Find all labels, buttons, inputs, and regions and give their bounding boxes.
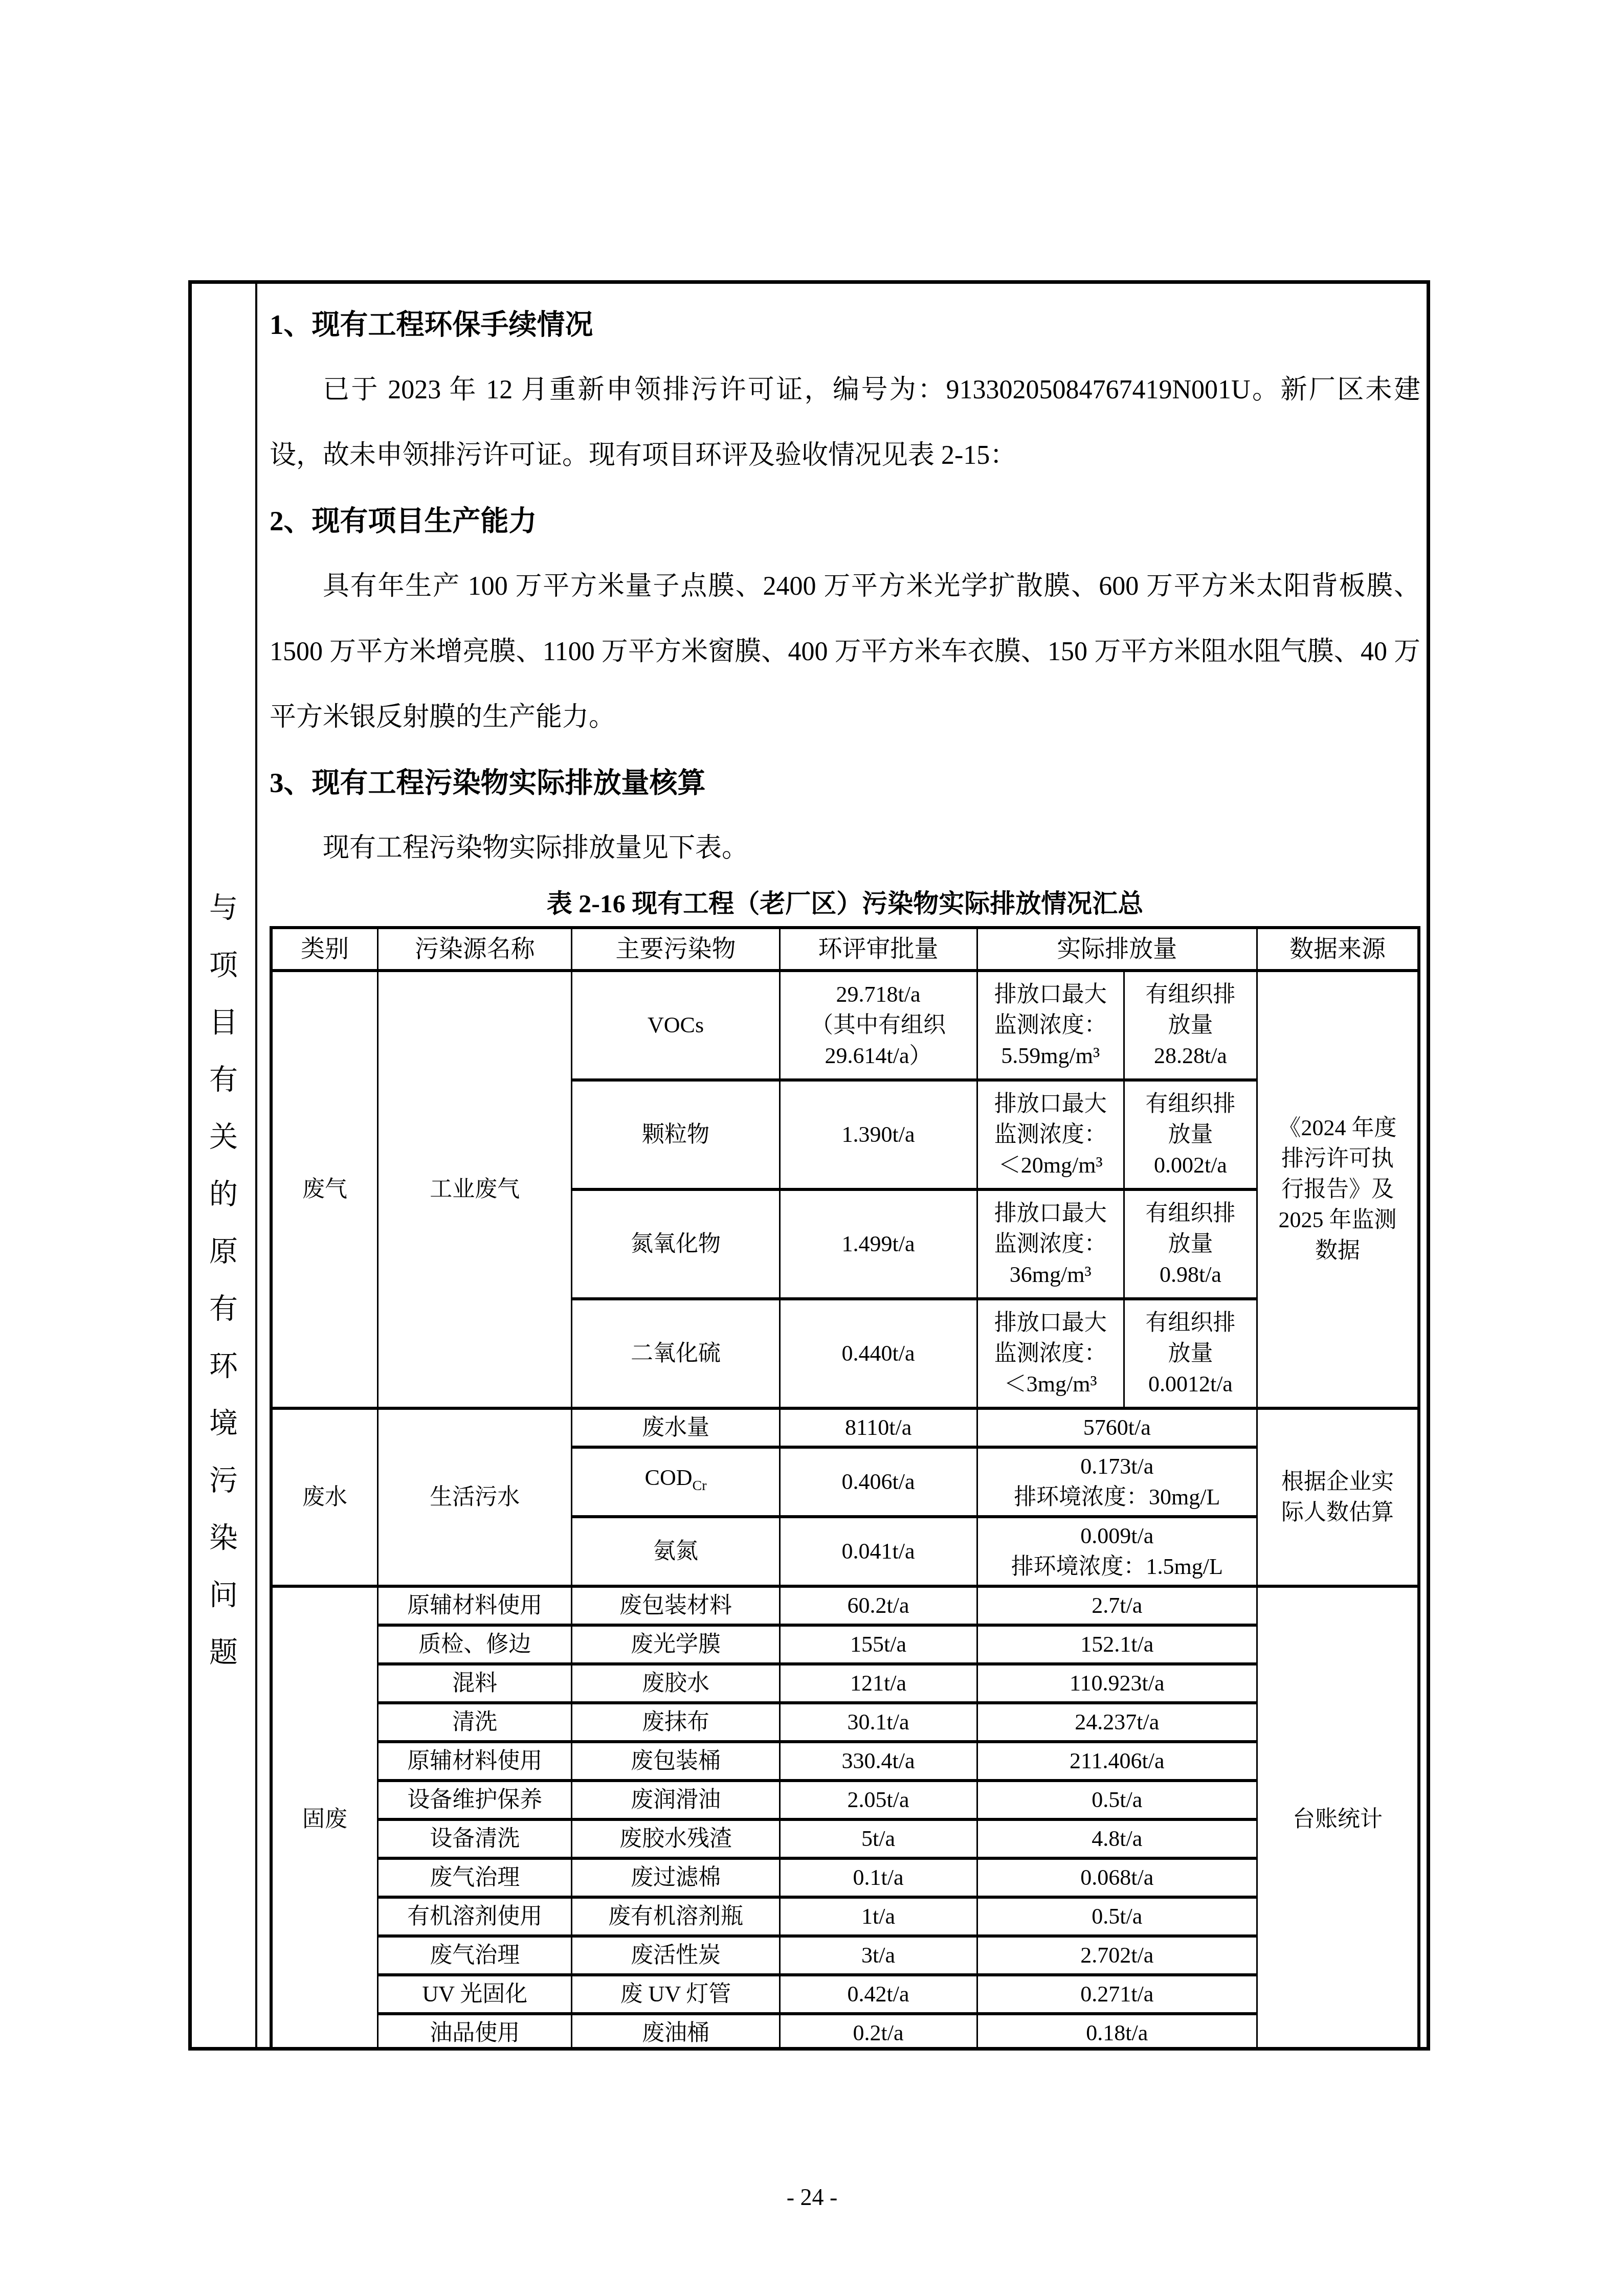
cell-approved: 1t/a xyxy=(780,1897,977,1936)
table-row: 废水 生活污水 废水量 8110t/a 5760t/a 根据企业实 际人数估算 xyxy=(271,1408,1419,1447)
table-row: UV 光固化 废 UV 灯管 0.42t/a 0.271t/a xyxy=(271,1975,1419,2014)
table-row: 原辅材料使用 废包装桶 330.4t/a 211.406t/a xyxy=(271,1742,1419,1781)
cell-pollutant: 废活性炭 xyxy=(572,1936,780,1975)
cell-pollutant: 二氧化硫 xyxy=(572,1299,780,1408)
cell-approved: 155t/a xyxy=(780,1625,977,1664)
section-2-paragraph: 具有年生产 100 万平方米量子点膜、2400 万平方米光学扩散膜、600 万平… xyxy=(270,554,1420,750)
cell-monitor-concentration: 排放口最大 监测浓度： ＜20mg/m³ xyxy=(977,1080,1124,1189)
cell-waste-source: 原辅材料使用 xyxy=(378,1742,572,1781)
table-row: 设备维护保养 废润滑油 2.05t/a 0.5t/a xyxy=(271,1781,1419,1819)
cell-organized-emission: 有组织排 放量 0.0012t/a xyxy=(1124,1299,1257,1408)
header-approved: 环评审批量 xyxy=(780,928,977,971)
cell-actual: 152.1t/a xyxy=(977,1625,1257,1664)
cell-monitor-concentration: 排放口最大 监测浓度： 5.59mg/m³ xyxy=(977,971,1124,1080)
cell-pollutant: 废光学膜 xyxy=(572,1625,780,1664)
cell-approved: 0.2t/a xyxy=(780,2014,977,2047)
cell-monitor-concentration: 排放口最大 监测浓度： 36mg/m³ xyxy=(977,1189,1124,1299)
cell-approved: 5t/a xyxy=(780,1819,977,1858)
table-row: 混料 废胶水 121t/a 110.923t/a xyxy=(271,1664,1419,1703)
cell-actual: 0.173t/a 排环境浓度：30mg/L xyxy=(977,1447,1257,1517)
sidebar-vertical-label: 与项目有关的原有环境污染问题 xyxy=(208,880,239,2047)
cell-approved: 0.440t/a xyxy=(780,1299,977,1408)
cell-actual: 0.18t/a xyxy=(977,2014,1257,2047)
cell-actual: 2.7t/a xyxy=(977,1586,1257,1625)
cell-pollutant: 废包装材料 xyxy=(572,1586,780,1625)
section-1-heading: 1、现有工程环保手续情况 xyxy=(270,292,1420,357)
cell-source-water: 生活污水 xyxy=(378,1408,572,1586)
cell-category-gas: 废气 xyxy=(271,971,378,1408)
cell-pollutant: 氮氧化物 xyxy=(572,1189,780,1299)
cell-pollutant: 氨氮 xyxy=(572,1517,780,1586)
table-row: 废气治理 废过滤棉 0.1t/a 0.068t/a xyxy=(271,1858,1419,1897)
cell-actual: 211.406t/a xyxy=(977,1742,1257,1781)
table-row: 清洗 废抹布 30.1t/a 24.237t/a xyxy=(271,1703,1419,1742)
cell-data-source-water: 根据企业实 际人数估算 xyxy=(1257,1408,1419,1586)
header-pollutant: 主要污染物 xyxy=(572,928,780,971)
table-row: 有机溶剂使用 废有机溶剂瓶 1t/a 0.5t/a xyxy=(271,1897,1419,1936)
document-page: { "page": { "number_label": "- 24 -" }, … xyxy=(0,0,1624,2296)
cell-waste-source: 油品使用 xyxy=(378,2014,572,2047)
cell-approved: 330.4t/a xyxy=(780,1742,977,1781)
cell-actual: 0.5t/a xyxy=(977,1781,1257,1819)
cell-pollutant: 废胶水残渣 xyxy=(572,1819,780,1858)
cod-subscript: Cr xyxy=(692,1478,706,1494)
cell-actual: 4.8t/a xyxy=(977,1819,1257,1858)
cell-approved: 29.718t/a （其中有组织 29.614t/a） xyxy=(780,971,977,1080)
header-source: 污染源名称 xyxy=(378,928,572,971)
cell-pollutant: 废抹布 xyxy=(572,1703,780,1742)
cell-pollutant: 颗粒物 xyxy=(572,1080,780,1189)
cell-approved: 0.041t/a xyxy=(780,1517,977,1586)
section-3-paragraph: 现有工程污染物实际排放量见下表。 xyxy=(270,816,1420,881)
table-title: 表 2-16 现有工程（老厂区）污染物实际排放情况汇总 xyxy=(270,881,1420,926)
cell-waste-source: 原辅材料使用 xyxy=(378,1586,572,1625)
table-row: 固废 原辅材料使用 废包装材料 60.2t/a 2.7t/a 台账统计 xyxy=(271,1586,1419,1625)
cell-approved: 60.2t/a xyxy=(780,1586,977,1625)
cell-approved: 2.05t/a xyxy=(780,1781,977,1819)
cell-organized-emission: 有组织排 放量 28.28t/a xyxy=(1124,971,1257,1080)
cell-source-gas: 工业废气 xyxy=(378,971,572,1408)
cell-approved: 121t/a xyxy=(780,1664,977,1703)
cell-approved: 0.42t/a xyxy=(780,1975,977,2014)
cell-waste-source: 废气治理 xyxy=(378,1858,572,1897)
cell-approved: 30.1t/a xyxy=(780,1703,977,1742)
cell-category-solid: 固废 xyxy=(271,1586,378,2047)
cod-label: COD xyxy=(645,1465,693,1490)
cell-actual: 0.009t/a 排环境浓度：1.5mg/L xyxy=(977,1517,1257,1586)
cell-pollutant: 废过滤棉 xyxy=(572,1858,780,1897)
cell-approved: 1.499t/a xyxy=(780,1189,977,1299)
cell-waste-source: UV 光固化 xyxy=(378,1975,572,2014)
header-actual: 实际排放量 xyxy=(977,928,1257,971)
cell-monitor-concentration: 排放口最大 监测浓度： ＜3mg/m³ xyxy=(977,1299,1124,1408)
table-header-row: 类别 污染源名称 主要污染物 环评审批量 实际排放量 数据来源 xyxy=(271,928,1419,971)
header-data-source: 数据来源 xyxy=(1257,928,1419,971)
cell-organized-emission: 有组织排 放量 0.002t/a xyxy=(1124,1080,1257,1189)
cell-pollutant: 废包装桶 xyxy=(572,1742,780,1781)
cell-actual: 2.702t/a xyxy=(977,1936,1257,1975)
cell-actual: 0.271t/a xyxy=(977,1975,1257,2014)
cell-pollutant: 废胶水 xyxy=(572,1664,780,1703)
table-row: 设备清洗 废胶水残渣 5t/a 4.8t/a xyxy=(271,1819,1419,1858)
cell-category-water: 废水 xyxy=(271,1408,378,1586)
cell-approved: 0.406t/a xyxy=(780,1447,977,1517)
cell-waste-source: 有机溶剂使用 xyxy=(378,1897,572,1936)
sidebar: 与项目有关的原有环境污染问题 xyxy=(192,284,257,2047)
cell-waste-source: 废气治理 xyxy=(378,1936,572,1975)
cell-actual: 24.237t/a xyxy=(977,1703,1257,1742)
cell-data-source-gas: 《2024 年度 排污许可执 行报告》及 2025 年监测 数据 xyxy=(1257,971,1419,1408)
cell-pollutant-cod: CODCr xyxy=(572,1447,780,1517)
cell-actual: 0.5t/a xyxy=(977,1897,1257,1936)
table-row: 废气 工业废气 VOCs 29.718t/a （其中有组织 29.614t/a）… xyxy=(271,971,1419,1080)
table-row: 油品使用 废油桶 0.2t/a 0.18t/a xyxy=(271,2014,1419,2047)
cell-approved: 8110t/a xyxy=(780,1408,977,1447)
section-3-heading: 3、现有工程污染物实际排放量核算 xyxy=(270,750,1420,816)
cell-pollutant: 废润滑油 xyxy=(572,1781,780,1819)
outer-border-box: 与项目有关的原有环境污染问题 1、现有工程环保手续情况 已于 2023 年 12… xyxy=(188,280,1430,2051)
cell-waste-source: 清洗 xyxy=(378,1703,572,1742)
cell-pollutant: 废水量 xyxy=(572,1408,780,1447)
cell-approved: 1.390t/a xyxy=(780,1080,977,1189)
emissions-table: 类别 污染源名称 主要污染物 环评审批量 实际排放量 数据来源 废气 工业废气 … xyxy=(270,926,1420,2047)
cell-pollutant: 废有机溶剂瓶 xyxy=(572,1897,780,1936)
page-number: - 24 - xyxy=(0,2184,1624,2211)
table-row: 废气治理 废活性炭 3t/a 2.702t/a xyxy=(271,1936,1419,1975)
cell-pollutant: VOCs xyxy=(572,971,780,1080)
cell-actual: 110.923t/a xyxy=(977,1664,1257,1703)
cell-approved: 3t/a xyxy=(780,1936,977,1975)
cell-waste-source: 设备清洗 xyxy=(378,1819,572,1858)
cell-data-source-solid: 台账统计 xyxy=(1257,1586,1419,2047)
section-1-paragraph: 已于 2023 年 12 月重新申领排污许可证，编号为：913302050847… xyxy=(270,357,1420,488)
cell-waste-source: 设备维护保养 xyxy=(378,1781,572,1819)
cell-actual: 5760t/a xyxy=(977,1408,1257,1447)
cell-pollutant: 废 UV 灯管 xyxy=(572,1975,780,2014)
header-category: 类别 xyxy=(271,928,378,971)
content-area: 1、现有工程环保手续情况 已于 2023 年 12 月重新申领排污许可证，编号为… xyxy=(257,284,1427,2047)
cell-pollutant: 废油桶 xyxy=(572,2014,780,2047)
table-row: 质检、修边 废光学膜 155t/a 152.1t/a xyxy=(271,1625,1419,1664)
section-2-heading: 2、现有项目生产能力 xyxy=(270,488,1420,554)
cell-waste-source: 混料 xyxy=(378,1664,572,1703)
cell-organized-emission: 有组织排 放量 0.98t/a xyxy=(1124,1189,1257,1299)
cell-actual: 0.068t/a xyxy=(977,1858,1257,1897)
cell-waste-source: 质检、修边 xyxy=(378,1625,572,1664)
cell-approved: 0.1t/a xyxy=(780,1858,977,1897)
